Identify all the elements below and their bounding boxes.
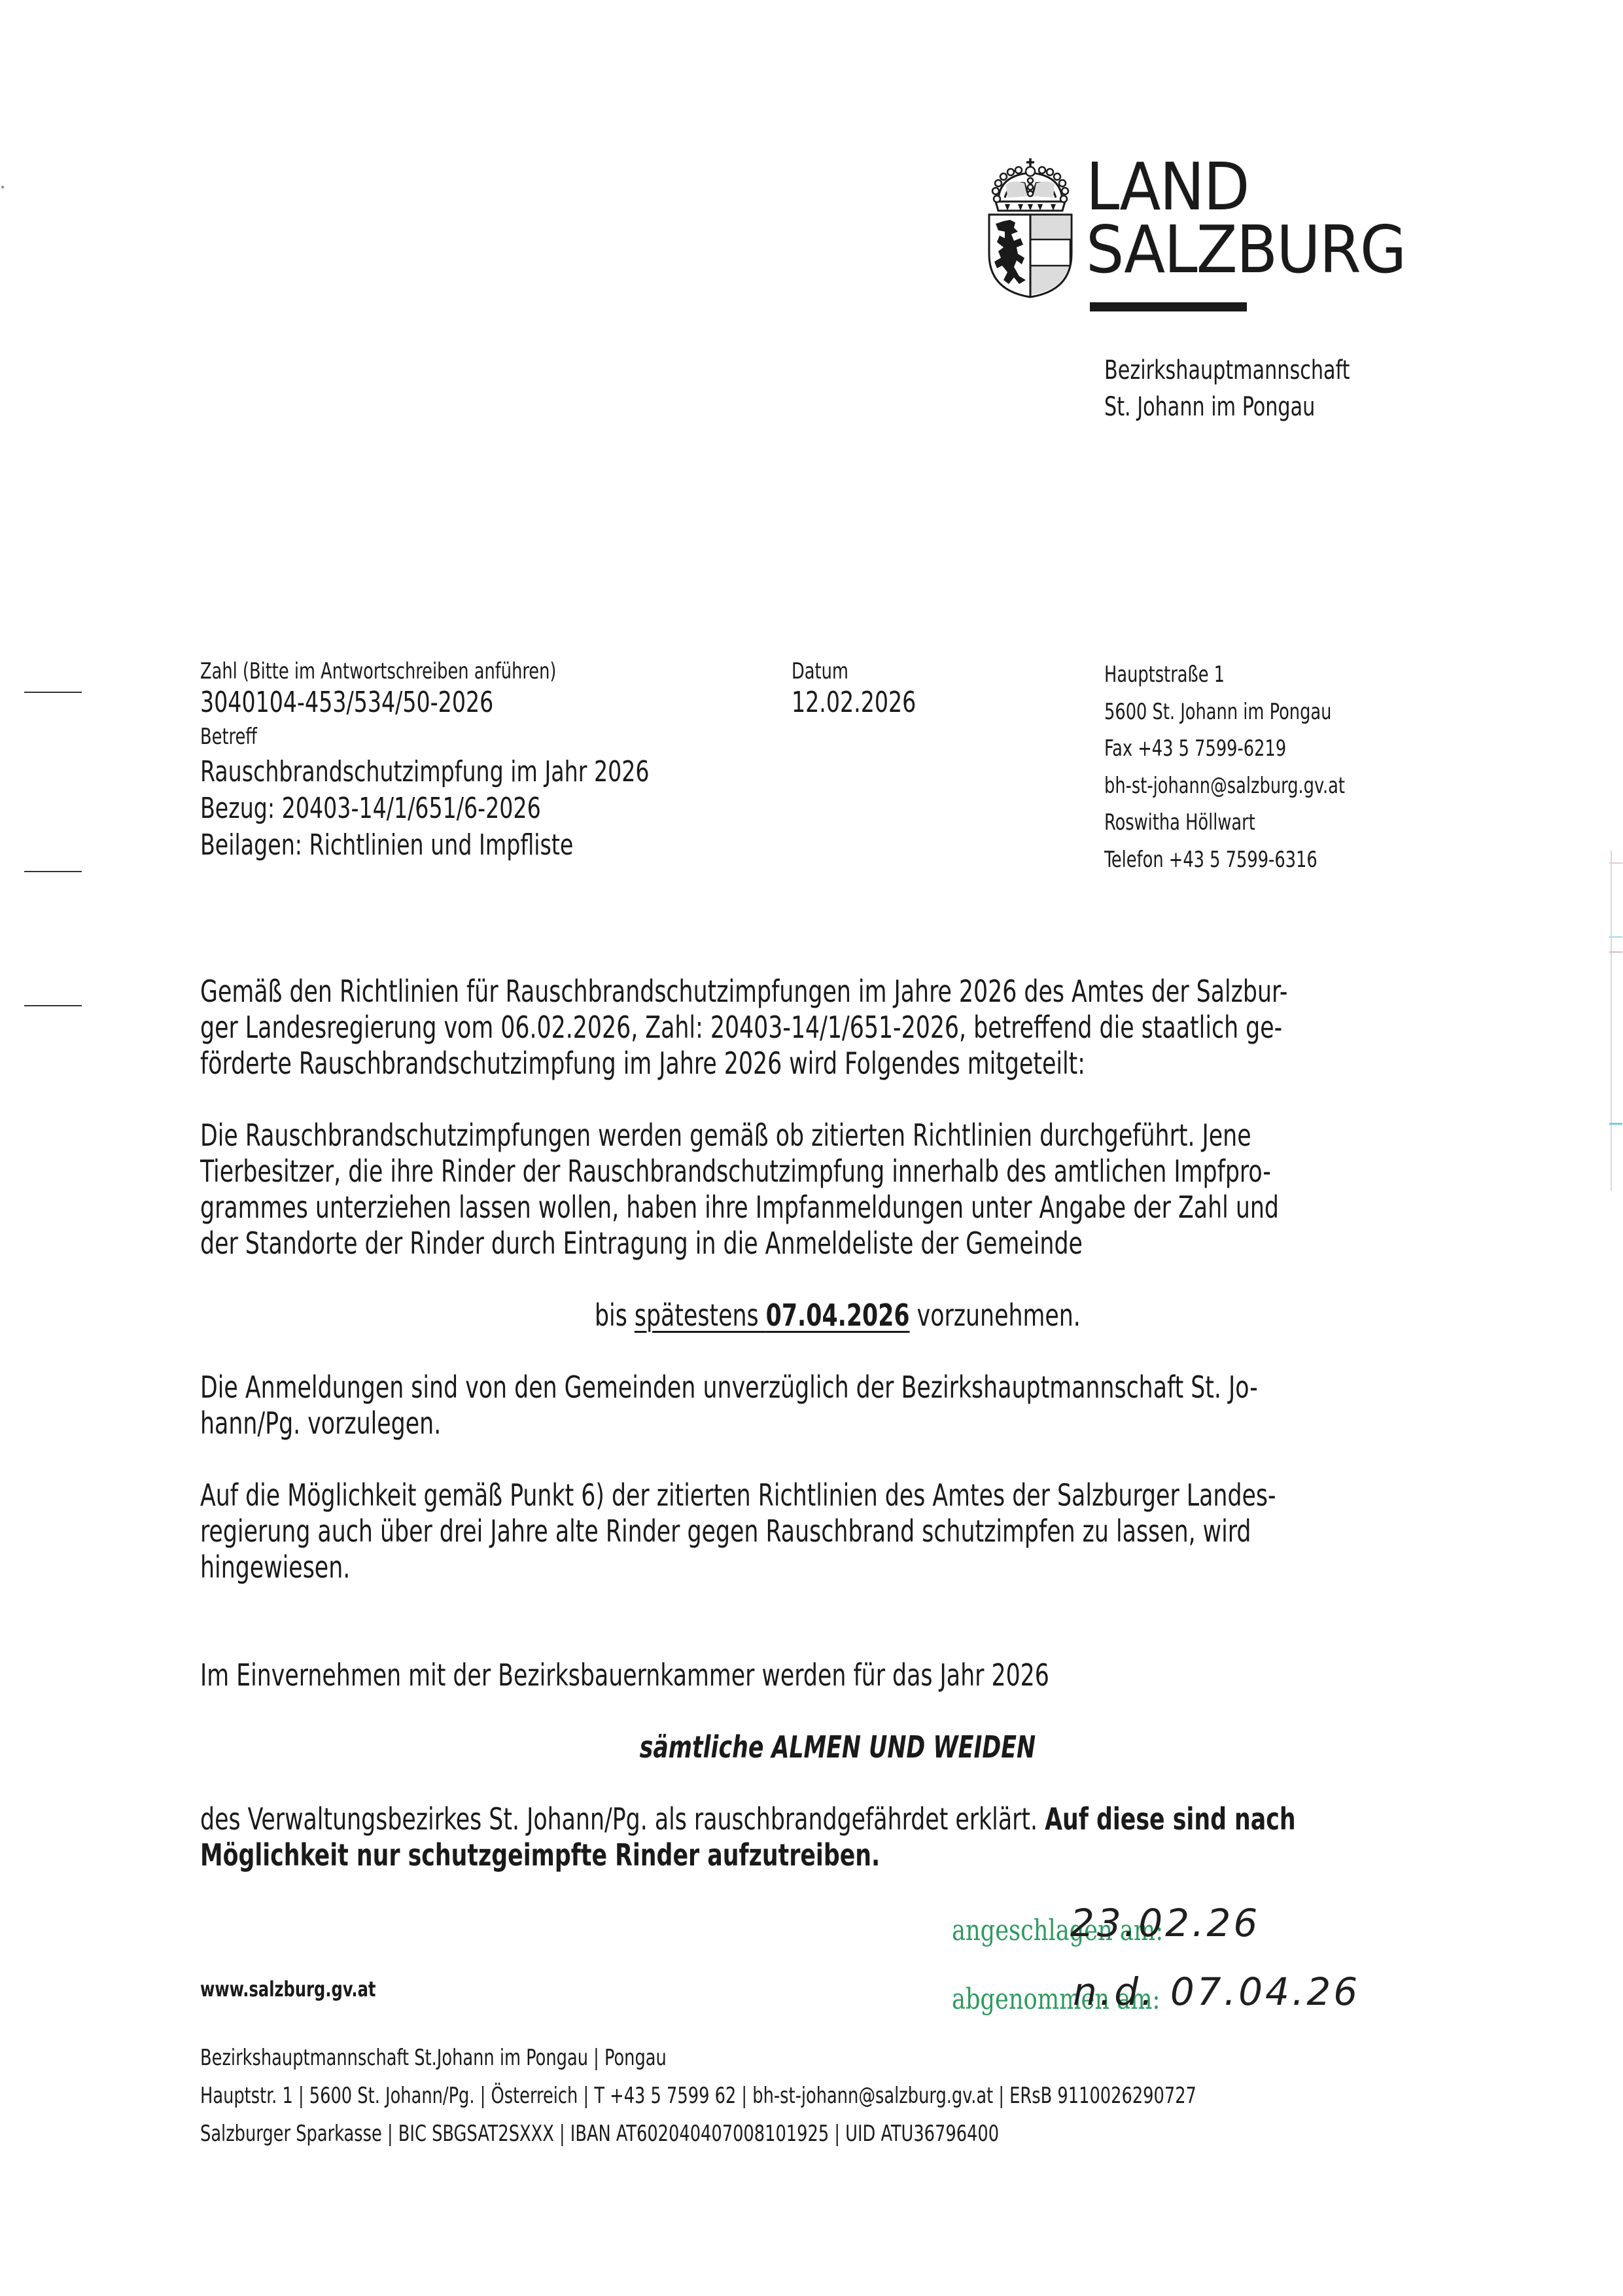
body-line: grammes unterziehen lassen wollen, haben… <box>200 1190 1475 1226</box>
fold-mark <box>24 871 82 872</box>
deadline-emphasis: spätestens 07.04.2026 <box>635 1298 910 1333</box>
paragraph-older-cattle: Auf die Möglichkeit gemäß Punkt 6) der z… <box>200 1477 1475 1585</box>
footer-address: Hauptstr. 1 | 5600 St. Johann/Pg. | Öste… <box>200 2077 1196 2115</box>
zahl-label: Zahl (Bitte im Antwortschreiben anführen… <box>200 654 650 688</box>
letter-footer: www.salzburg.gv.at Bezirkshauptmannschaf… <box>200 1976 1196 2153</box>
bezug: Bezug: 20403-14/1/651/6-2026 <box>200 790 650 827</box>
date-label: Datum <box>792 654 916 688</box>
body-line: Auf die Möglichkeit gemäß Punkt 6) der z… <box>200 1477 1475 1513</box>
paragraph-registration: Die Rauschbrandschutzimpfungen werden ge… <box>200 1118 1475 1262</box>
brand-line-1: LAND <box>1086 156 1405 219</box>
betreff-label: Betreff <box>200 720 650 754</box>
page-edge-tick <box>1609 1123 1622 1125</box>
body-line: hingewiesen. <box>200 1549 1475 1585</box>
body-line: Die Rauschbrandschutzimpfungen werden ge… <box>200 1118 1475 1154</box>
body-line: Gemäß den Richtlinien für Rauschbrandsch… <box>200 974 1475 1010</box>
zahl-value: 3040104-453/534/50-2026 <box>200 684 650 721</box>
footer-office: Bezirkshauptmannschaft St.Johann im Pong… <box>200 2039 1196 2077</box>
reference-block: Zahl (Bitte im Antwortschreiben anführen… <box>200 654 650 864</box>
contact-person: Roswitha Höllwart <box>1104 804 1345 841</box>
body-line: Die Anmeldungen sind von den Gemeinden u… <box>200 1369 1475 1405</box>
paragraph-submission: Die Anmeldungen sind von den Gemeinden u… <box>200 1369 1475 1441</box>
beilagen: Beilagen: Richtlinien und Impfliste <box>200 827 650 864</box>
date-value: 12.02.2026 <box>792 684 916 721</box>
deadline-date: 07.04.2026 <box>766 1298 910 1333</box>
office-name: Bezirkshauptmannschaft <box>1104 352 1350 389</box>
page-edge-tick <box>1609 936 1622 938</box>
paragraph-agreement: Im Einvernehmen mit der Bezirksbauernkam… <box>200 1657 1475 1693</box>
page-edge-line <box>1611 851 1612 1191</box>
body-line: regierung auch über drei Jahre alte Rind… <box>200 1513 1475 1549</box>
date-block: Datum 12.02.2026 <box>792 654 916 721</box>
contact-city: 5600 St. Johann im Pongau <box>1104 694 1345 731</box>
body-line: ger Landesregierung vom 06.02.2026, Zahl… <box>200 1010 1475 1046</box>
footer-bank: Salzburger Sparkasse | BIC SBGSAT2SXXX |… <box>200 2115 1196 2153</box>
website-link[interactable]: www.salzburg.gv.at <box>200 1976 1196 2002</box>
body-line: der Standorte der Rinder durch Eintragun… <box>200 1226 1475 1262</box>
handwritten-posted-date: 23.02.26 <box>1070 1901 1260 1945</box>
contact-block: Hauptstraße 1 5600 St. Johann im Pongau … <box>1104 656 1345 878</box>
declaration-line: des Verwaltungsbezirkes St. Johann/Pg. a… <box>200 1801 1475 1837</box>
page-edge-tick <box>1609 951 1622 953</box>
brand-bar <box>1090 302 1247 311</box>
page-edge-tick <box>1609 862 1622 864</box>
body-line: hann/Pg. vorzulegen. <box>200 1405 1475 1441</box>
letter-body: Gemäß den Richtlinien für Rauschbrandsch… <box>200 974 1475 1873</box>
scan-speck <box>1 186 4 188</box>
contact-phone: Telefon +43 5 7599-6316 <box>1104 841 1345 879</box>
office-location: St. Johann im Pongau <box>1104 389 1350 425</box>
brand-wordmark: LAND SALZBURG <box>1086 156 1405 281</box>
declaration-line-bold: Möglichkeit nur schutzgeimpfte Rinder au… <box>200 1837 1475 1873</box>
issuing-office: Bezirkshauptmannschaft St. Johann im Pon… <box>1104 352 1350 425</box>
contact-street: Hauptstraße 1 <box>1104 656 1345 694</box>
highlight-almen-weiden: sämtliche ALMEN UND WEIDEN <box>200 1729 1475 1765</box>
contact-fax: Fax +43 5 7599-6219 <box>1104 730 1345 768</box>
body-line: Tierbesitzer, die ihre Rinder der Rausch… <box>200 1154 1475 1190</box>
contact-email[interactable]: bh-st-johann@salzburg.gv.at <box>1104 768 1345 805</box>
coat-of-arms-icon <box>985 156 1075 300</box>
fold-mark <box>24 1005 82 1006</box>
fold-mark <box>24 692 82 693</box>
brand-line-2: SALZBURG <box>1086 219 1405 281</box>
body-line: förderte Rauschbrandschutzimpfung im Jah… <box>200 1046 1475 1082</box>
betreff-value: Rauschbrandschutzimpfung im Jahr 2026 <box>200 754 650 790</box>
deadline-line: bis spätestens 07.04.2026 vorzunehmen. <box>200 1298 1475 1333</box>
paragraph-guidelines: Gemäß den Richtlinien für Rauschbrandsch… <box>200 974 1475 1082</box>
